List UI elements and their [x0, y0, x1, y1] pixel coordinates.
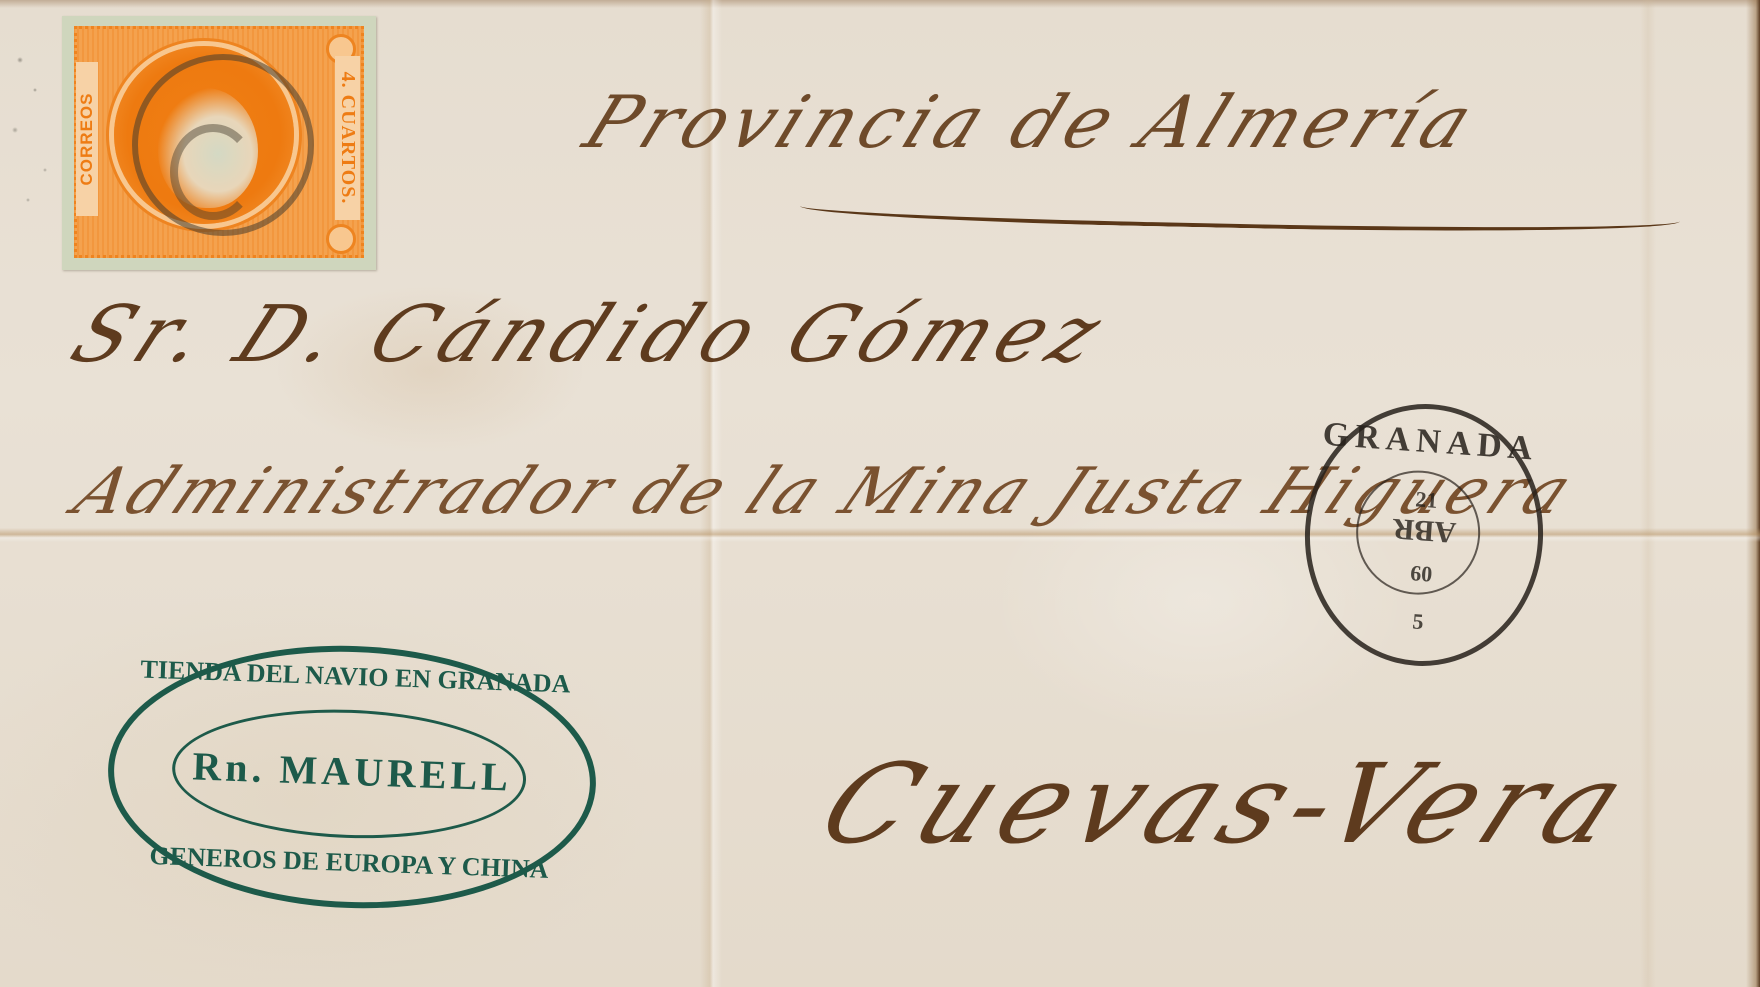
merchant-cachet: TIENDA DEL NAVIO EN GRANADA Rn. MAURELL … [104, 638, 601, 917]
foxing-spots [0, 20, 70, 220]
paper-edge-right [1746, 0, 1760, 987]
postmark-number: 5 [1303, 601, 1532, 643]
cachet-bottom-text: GENEROS DE EUROPA Y CHINA [111, 840, 588, 887]
postmark-city: GRANADA [1315, 415, 1545, 469]
province-underline-flourish [800, 187, 1680, 237]
address-town: Cuevas-Vera [802, 740, 1655, 868]
stamp-correos-label: CORREOS [76, 62, 98, 216]
cachet-top-text: TIENDA DEL NAVIO EN GRANADA [117, 654, 594, 701]
grill-cancel-inner-icon [170, 124, 256, 220]
paper-edge-top [0, 0, 1760, 8]
address-province: Provincia de Almería [573, 80, 1490, 164]
stamp-corner-ornament-icon [326, 224, 356, 254]
right-fold [1640, 0, 1656, 987]
postal-cover: CORREOS 4. CUARTOS. Provincia de Almería… [0, 0, 1760, 987]
stamp-value-label: 4. CUARTOS. [335, 56, 360, 220]
circular-datestamp: GRANADA 21 ABR 60 5 [1296, 396, 1552, 674]
postage-stamp: CORREOS 4. CUARTOS. [62, 16, 376, 270]
address-recipient: Sr. D. Cándido Gómez [58, 290, 1123, 380]
